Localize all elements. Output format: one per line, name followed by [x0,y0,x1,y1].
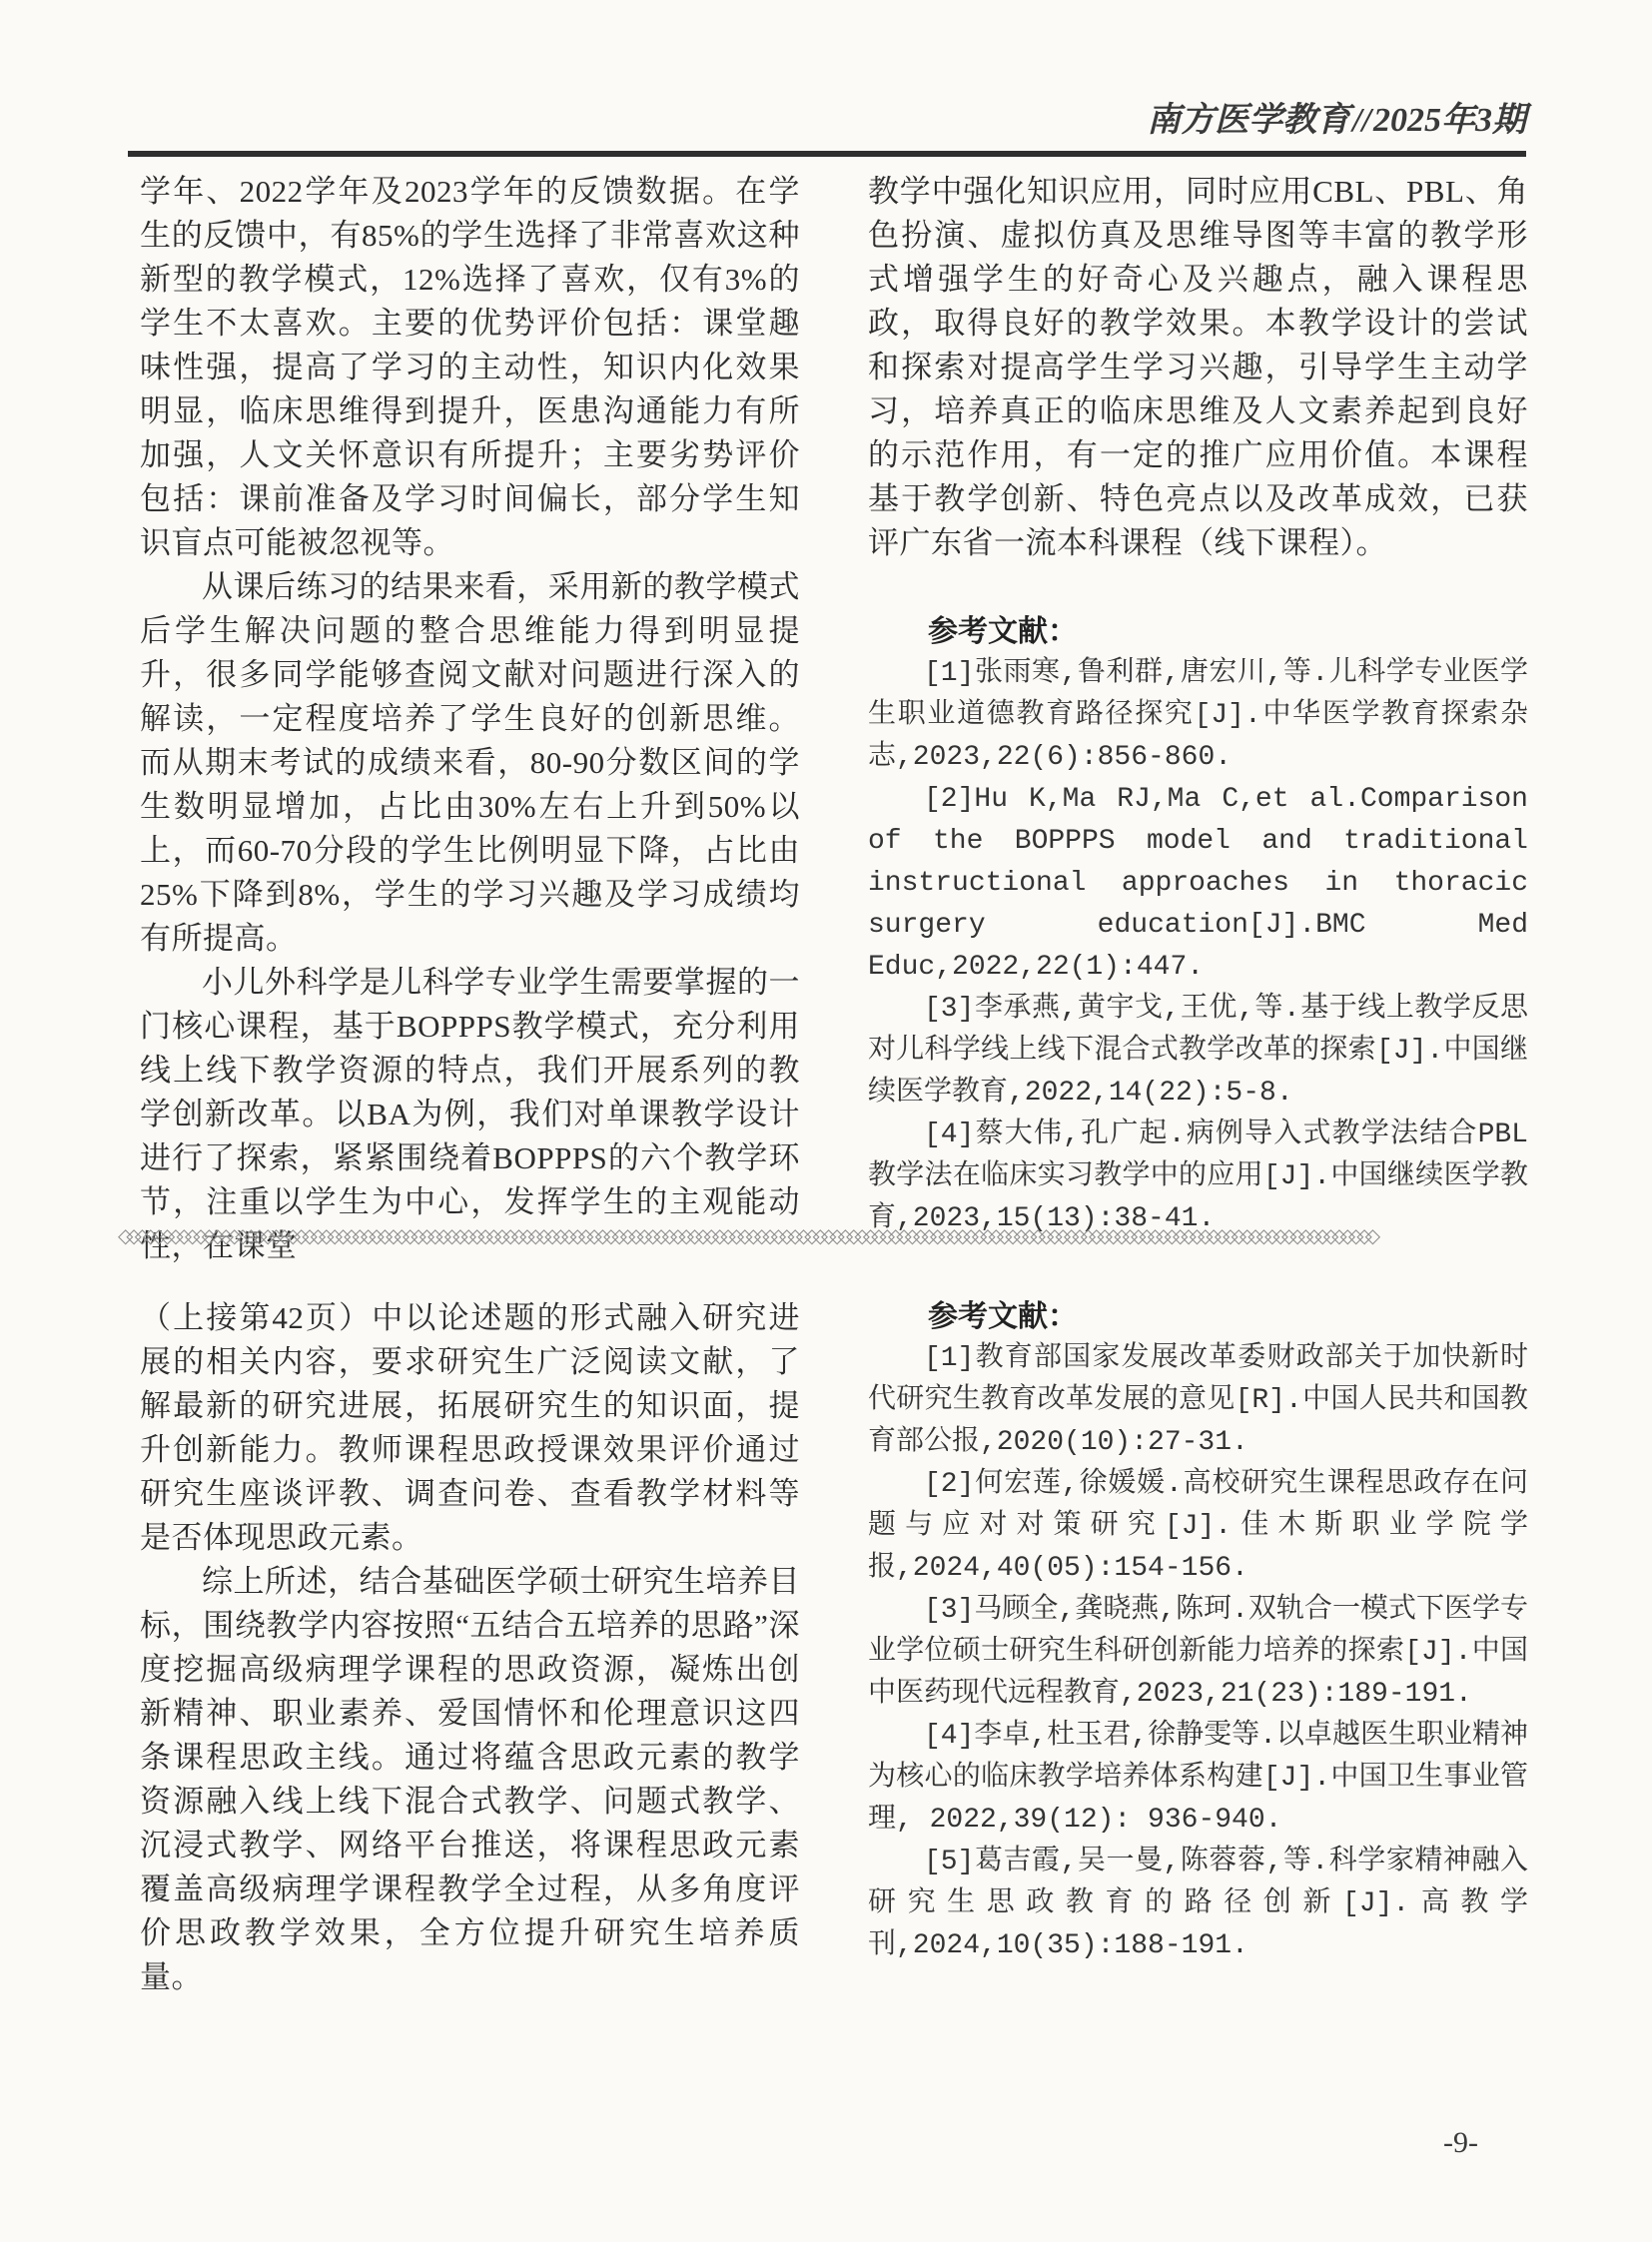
journal-title: 南方医学教育 [1147,102,1350,139]
reference-item: [2]何宏莲,徐媛媛.高校研究生课程思政存在问题与应对对策研究[J].佳木斯职业… [868,1464,1528,1590]
article-top-section: 学年、2022学年及2023学年的反馈数据。在学生的反馈中，有85%的学生选择了… [140,170,1528,1268]
issue-label: 2025年3期 [1373,102,1526,139]
reference-item: [3]李承燕,黄宇戈,王优,等.基于线上教学反思对儿科学线上线下混合式教学改革的… [868,989,1528,1115]
bottom-left-column: （上接第42页）中以论述题的形式融入研究进展的相关内容，要求研究生广泛阅读文献，… [140,1296,800,1999]
reference-item: [1]教育部国家发展改革委财政部关于加快新时代研究生教育改革发展的意见[R].中… [868,1338,1528,1464]
paragraph: 综上所述，结合基础医学硕士研究生培养目标，围绕教学内容按照“五结合五培养的思路”… [140,1560,800,1999]
reference-item: [4]李卓,杜玉君,徐静雯等.以卓越医生职业精神为核心的临床教学培养体系构建[J… [868,1716,1528,1842]
top-right-column: 教学中强化知识应用，同时应用CBL、PBL、角色扮演、虚拟仿真及思维导图等丰富的… [868,170,1528,1268]
journal-page: 南方医学教育//2025年3期 学年、2022学年及2023学年的反馈数据。在学… [0,0,1652,2242]
header-separator: // [1350,102,1373,139]
references-block: 参考文献： [1]张雨寒,鲁利群,唐宏川,等.儿科学专业医学生职业道德教育路径探… [868,611,1528,1240]
bottom-right-column: 参考文献： [1]教育部国家发展改革委财政部关于加快新时代研究生教育改革发展的意… [868,1296,1528,1999]
reference-item: [2]Hu K,Ma RJ,Ma C,et al.Comparison of t… [868,779,1528,989]
paragraph: 小儿外科学是儿科学专业学生需要掌握的一门核心课程，基于BOPPPS教学模式，充分… [140,961,800,1268]
reference-item: [3]马顾全,龚晓燕,陈珂.双轨合一模式下医学专业学位硕士研究生科研创新能力培养… [868,1590,1528,1716]
reference-item: [1]张雨寒,鲁利群,唐宏川,等.儿科学专业医学生职业道德教育路径探究[J].中… [868,653,1528,779]
paragraph: 学年、2022学年及2023学年的反馈数据。在学生的反馈中，有85%的学生选择了… [140,170,800,565]
article-bottom-section: （上接第42页）中以论述题的形式融入研究进展的相关内容，要求研究生广泛阅读文献，… [140,1296,1528,1999]
section-divider: ◇◇◇◇◇◇◇◇◇◇◇◇◇◇◇◇◇◇◇◇◇◇◇◇◇◇◇◇◇◇◇◇◇◇◇◇◇◇◇◇… [118,1224,1538,1248]
page-header: 南方医学教育//2025年3期 [1147,101,1526,141]
top-left-column: 学年、2022学年及2023学年的反馈数据。在学生的反馈中，有85%的学生选择了… [140,170,800,1268]
references-heading: 参考文献： [868,611,1528,653]
page-number: -9- [1443,2125,1478,2161]
paragraph: 教学中强化知识应用，同时应用CBL、PBL、角色扮演、虚拟仿真及思维导图等丰富的… [868,170,1528,565]
paragraph: （上接第42页）中以论述题的形式融入研究进展的相关内容，要求研究生广泛阅读文献，… [140,1296,800,1560]
reference-item: [5]葛吉霞,吴一曼,陈蓉蓉,等.科学家精神融入研究生思政教育的路径创新[J].… [868,1842,1528,1967]
header-rule [128,151,1526,157]
reference-item: [4]蔡大伟,孔广起.病例导入式教学法结合PBL教学法在临床实习教学中的应用[J… [868,1115,1528,1240]
paragraph: 从课后练习的结果来看，采用新的教学模式后学生解决问题的整合思维能力得到明显提升，… [140,565,800,961]
references-heading: 参考文献： [868,1296,1528,1338]
